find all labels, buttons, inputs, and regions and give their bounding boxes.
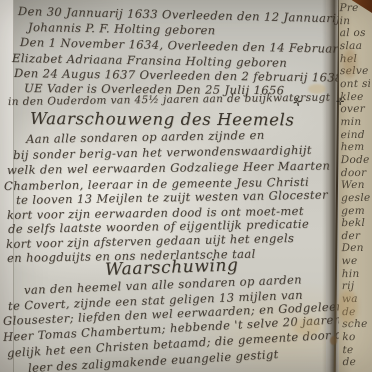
fragment-word: we xyxy=(342,255,372,268)
right-page-text-column: Pre in al os slaa hel selve ont si klee … xyxy=(339,2,372,369)
fragment-word: de xyxy=(342,306,372,319)
fragment-word: Dode xyxy=(341,154,371,167)
fragment-word: Wen xyxy=(341,179,371,192)
fragment-word: wa xyxy=(342,293,372,306)
fragment-word: over xyxy=(340,103,370,116)
fragment-word: hel xyxy=(340,52,370,65)
fragment-word: rij xyxy=(342,280,372,293)
fragment-word: klee xyxy=(340,90,370,103)
fragment-word: sche xyxy=(342,318,372,331)
fragment-word: gesle xyxy=(341,192,371,205)
fragment-word: de xyxy=(342,356,372,369)
fragment-word: te xyxy=(342,344,372,357)
fragment-word: bekl xyxy=(341,217,371,230)
fragment-word: al os xyxy=(340,27,370,40)
fragment-word: Den xyxy=(341,242,371,255)
manuscript-photo: Den 30 Jannuarij 1633 Overleeden den 12 … xyxy=(0,0,372,372)
fragment-word: min xyxy=(340,116,370,129)
fragment-word: ont si xyxy=(340,78,370,91)
fragment-word: hem xyxy=(341,141,371,154)
fragment-word: selve xyxy=(340,65,370,78)
fragment-word: gem xyxy=(341,204,371,217)
fragment-word: hin xyxy=(342,268,372,281)
fragment-word: door xyxy=(341,166,371,179)
fragment-word: slaa xyxy=(340,40,370,53)
fragment-word: eind xyxy=(341,128,371,141)
ink-cross-mark: ✛ xyxy=(336,97,344,108)
fragment-word: in xyxy=(340,15,370,28)
fragment-word: ko xyxy=(342,331,372,344)
heading-waarschouweng-des-heemels: Waarschouweng des Heemels xyxy=(30,110,295,130)
fragment-word: der xyxy=(341,230,371,243)
